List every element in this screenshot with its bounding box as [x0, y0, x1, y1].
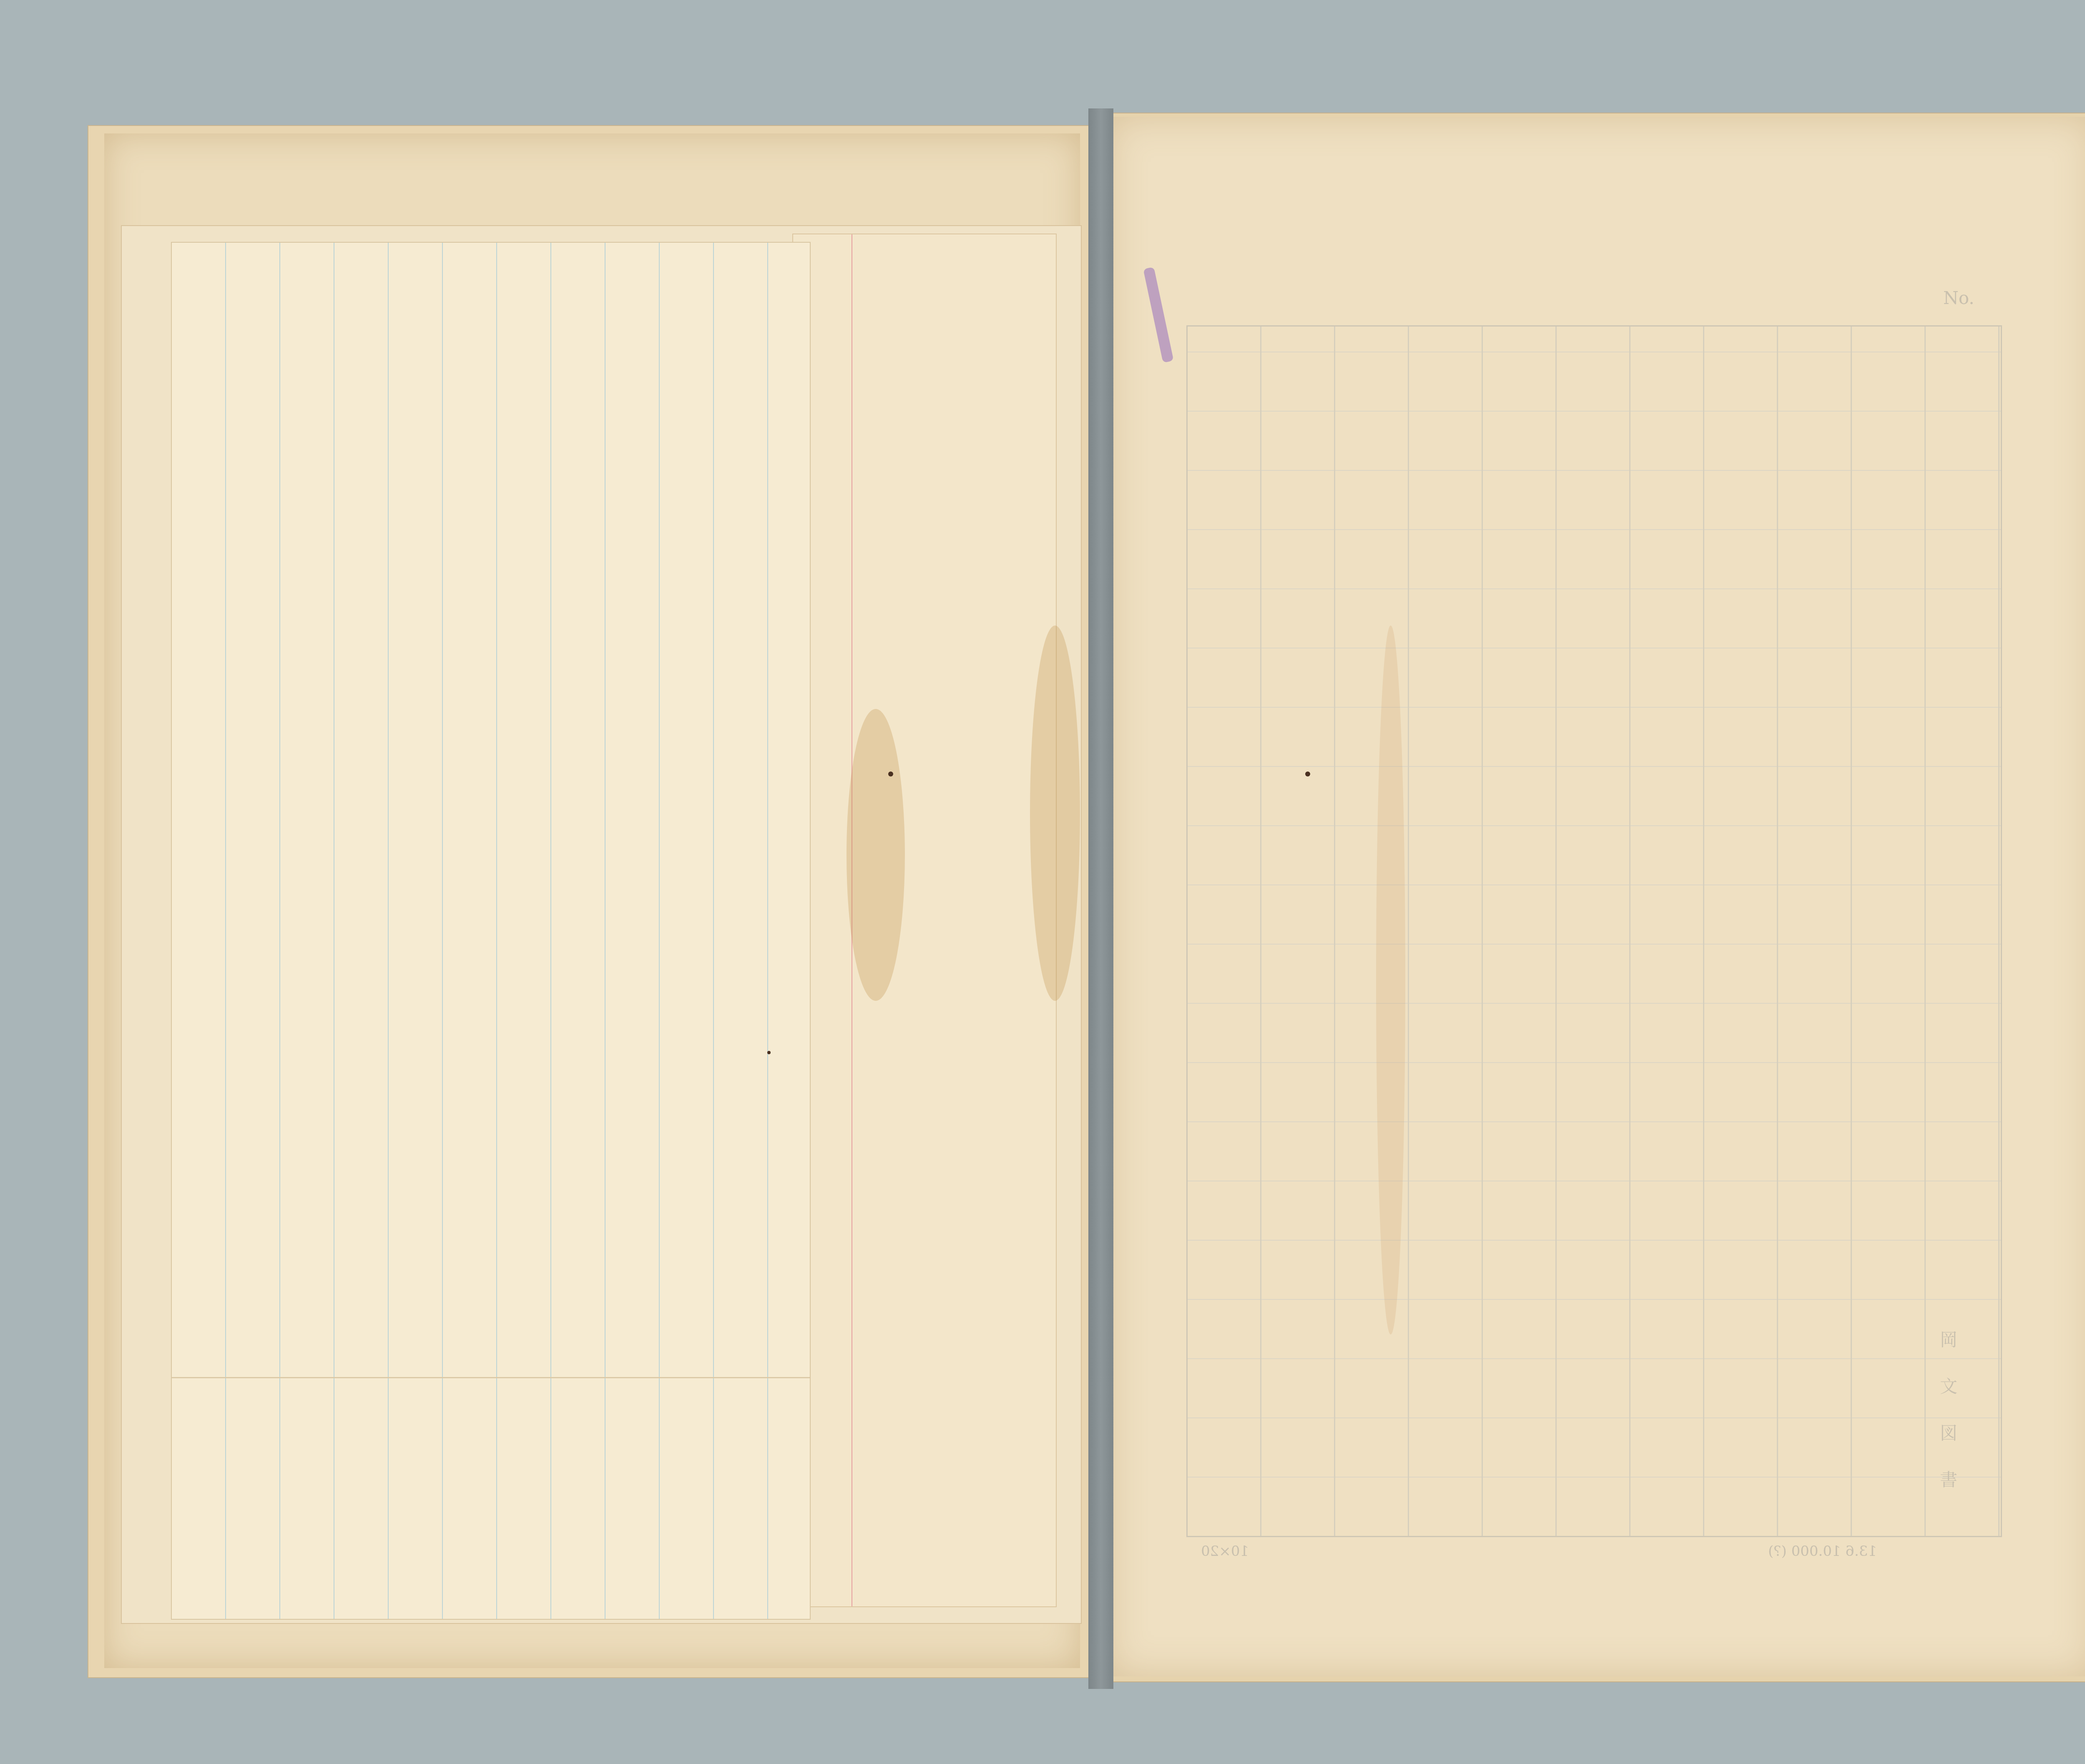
foxing-stain — [1376, 626, 1405, 1334]
notebook-spine — [1088, 108, 1113, 1689]
ink-dot — [767, 1051, 771, 1054]
ink-dot — [888, 771, 893, 776]
page-number-label: No. — [1943, 288, 1974, 308]
footer-grid-size: 10×20 — [1201, 1543, 1249, 1560]
foxing-stain — [847, 709, 905, 1001]
manuscript-grid — [1186, 325, 2002, 1537]
publisher-mark: 岡文図書 — [1935, 1330, 1960, 1517]
red-margin-sheet — [792, 234, 1057, 1607]
footer-print-code: 13.6 10.000 (?) — [1768, 1543, 1877, 1560]
foxing-stain — [1030, 626, 1080, 1001]
ink-dot — [1305, 771, 1310, 776]
sheet-fold-line — [172, 1377, 810, 1378]
blue-ruled-sheet — [171, 242, 811, 1620]
